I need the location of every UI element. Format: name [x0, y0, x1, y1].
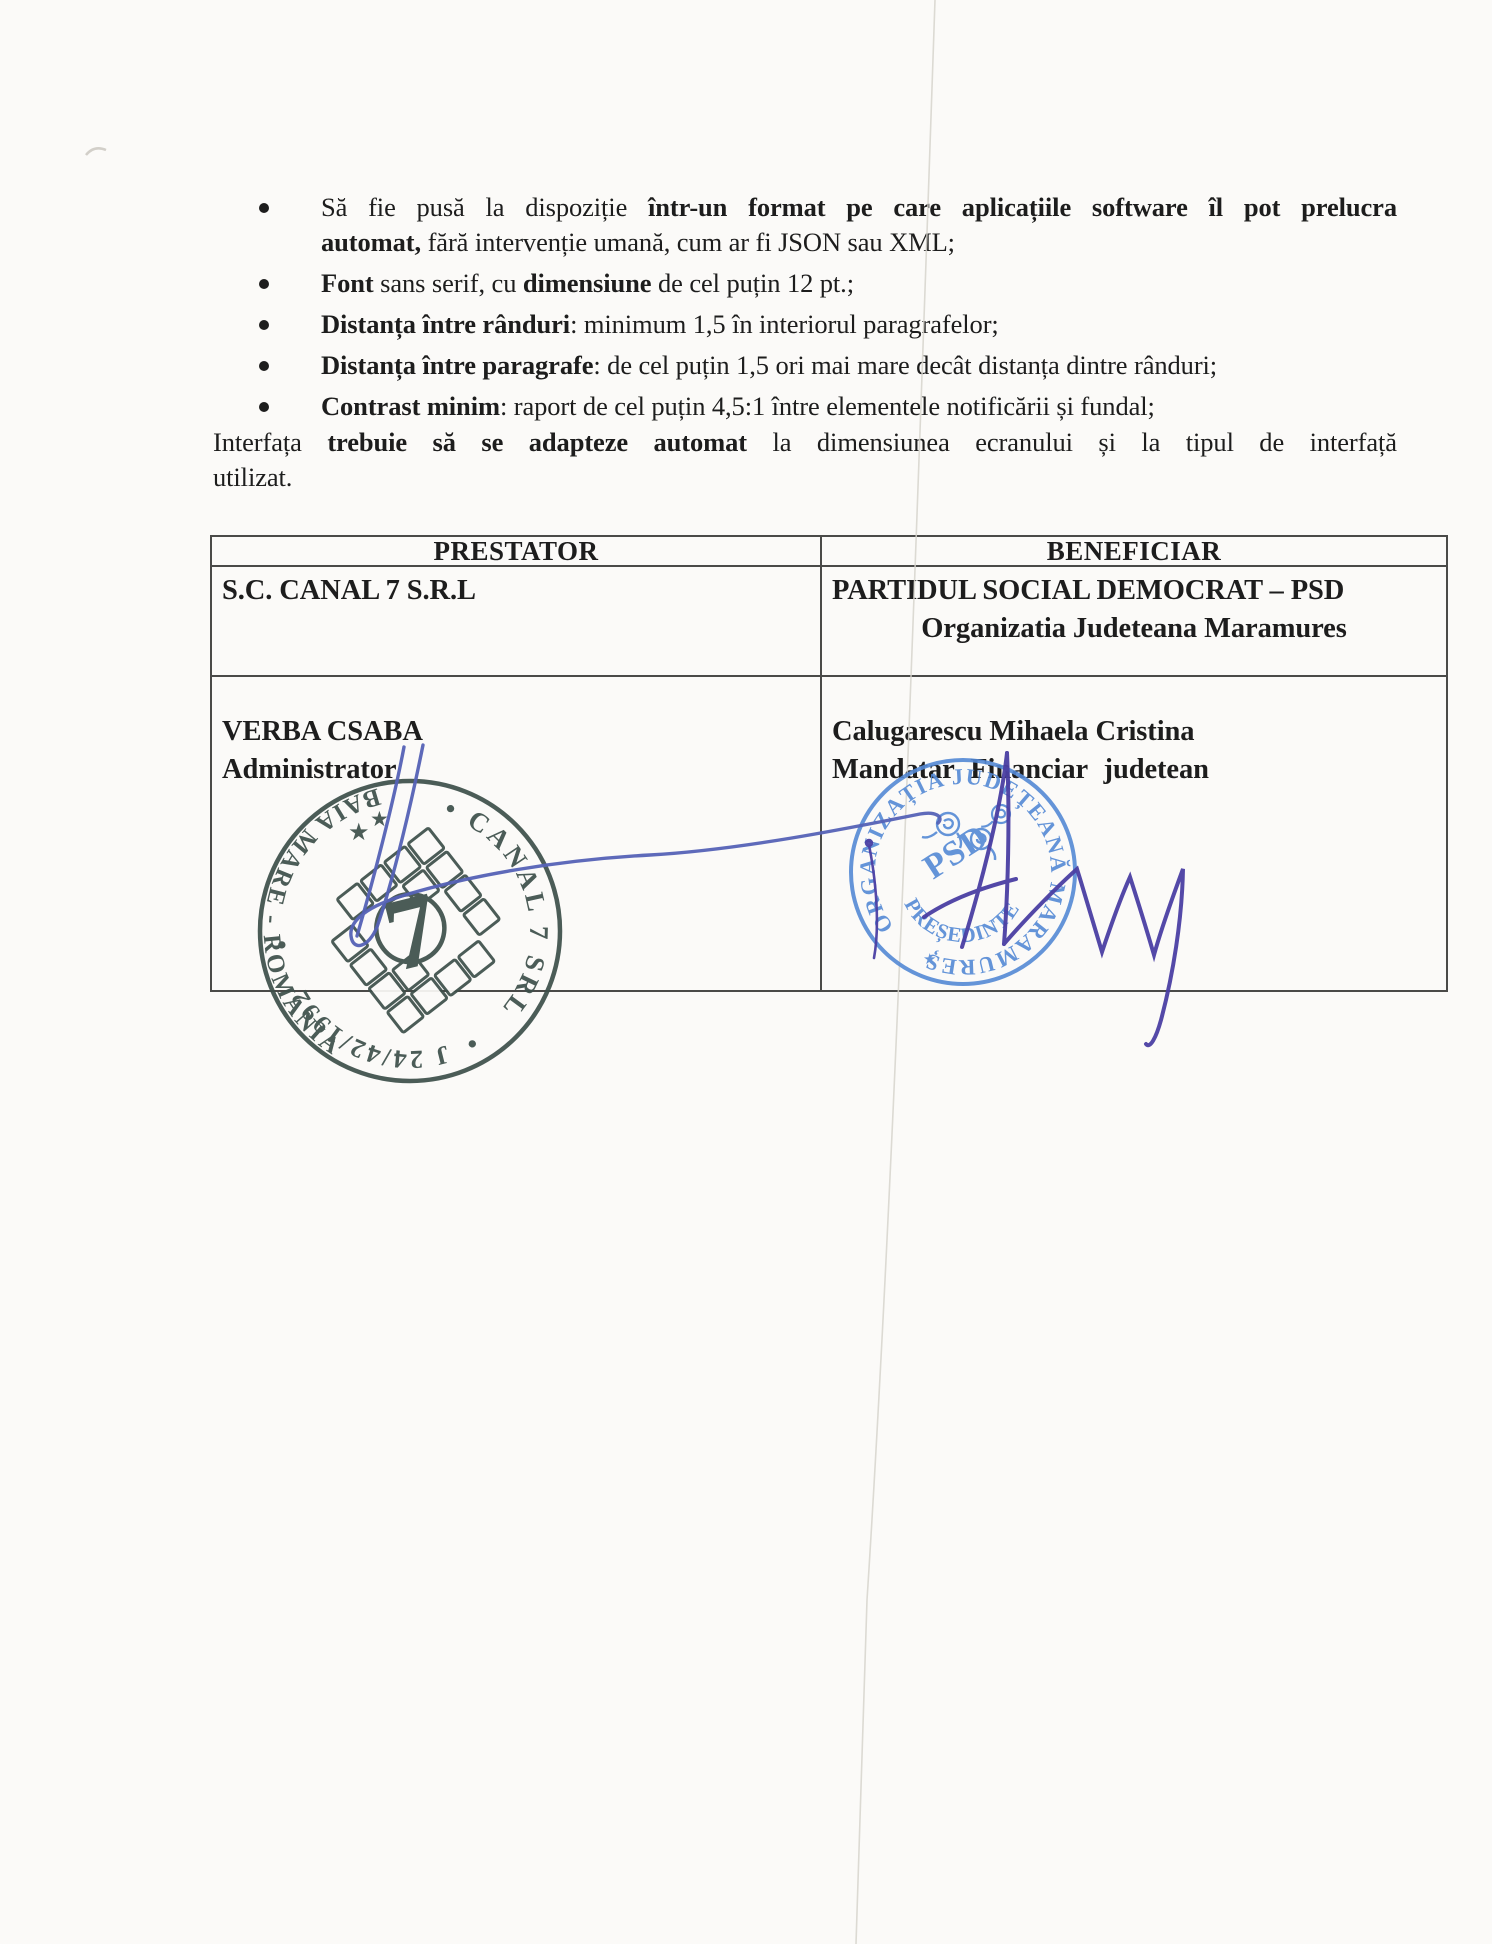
bullet-item: Distanța între paragrafe: de cel puțin 1… — [303, 348, 1397, 383]
canal7-arc-separator: • — [461, 1029, 484, 1060]
text-line: Interfața trebuie să se adapteze automat… — [213, 425, 1397, 460]
bullet-item: Distanța între rânduri: minimum 1,5 în i… — [303, 307, 1397, 342]
text-line: PARTIDUL SOCIAL DEMOCRAT – PSD — [832, 572, 1436, 610]
scan-smudge-mark — [86, 148, 106, 155]
cell-prestator-name: S.C. CANAL 7 S.R.L — [212, 567, 822, 677]
requirements-bullet-list: Să fie pusă la dispoziție într-un format… — [303, 190, 1397, 430]
canal7-arc-registry: J 24/42/1992 — [284, 984, 453, 1075]
text-line: Să fie pusă la dispoziție într-un format… — [321, 190, 1397, 225]
bullet-item: Font sans serif, cu dimensiune de cel pu… — [303, 266, 1397, 301]
text-line: Calugarescu Mihaela Cristina — [832, 713, 1436, 751]
cell-prestator-signatory: VERBA CSABAAdministrator — [212, 677, 822, 990]
cell-beneficiar-signatory: Calugarescu Mihaela CristinaMandatar Fin… — [822, 677, 1446, 990]
text-line: automat, fără intervenție umană, cum ar … — [321, 225, 1397, 260]
text-line: VERBA CSABA — [222, 713, 810, 751]
svg-text:•: • — [461, 1029, 484, 1060]
text-line: Organizatia Judeteana Maramures — [832, 610, 1436, 648]
text-line: S.C. CANAL 7 S.R.L — [222, 572, 810, 610]
text-line: Font sans serif, cu dimensiune de cel pu… — [321, 266, 1397, 301]
scanned-contract-page: Să fie pusă la dispoziție într-un format… — [0, 0, 1492, 1944]
bullet-item: Contrast minim: raport de cel puțin 4,5:… — [303, 389, 1397, 424]
signature-table: PRESTATOR BENEFICIAR S.C. CANAL 7 S.R.L … — [210, 535, 1448, 992]
text-line: Administrator — [222, 751, 810, 789]
text-line: utilizat. — [213, 460, 1397, 495]
table-header-beneficiar: BENEFICIAR — [822, 537, 1446, 567]
svg-text:J 24/42/1992: J 24/42/1992 — [284, 984, 453, 1075]
table-header-prestator: PRESTATOR — [212, 537, 822, 567]
text-line: Contrast minim: raport de cel puțin 4,5:… — [321, 389, 1397, 424]
text-line: Distanța între paragrafe: de cel puțin 1… — [321, 348, 1397, 383]
text-line: Distanța între rânduri: minimum 1,5 în i… — [321, 307, 1397, 342]
bullet-item: Să fie pusă la dispoziție într-un format… — [303, 190, 1397, 260]
interface-paragraph: Interfața trebuie să se adapteze automat… — [213, 425, 1397, 495]
text-line: Mandatar Financiar judetean — [832, 751, 1436, 789]
cell-beneficiar-name: PARTIDUL SOCIAL DEMOCRAT – PSDOrganizati… — [822, 567, 1446, 677]
